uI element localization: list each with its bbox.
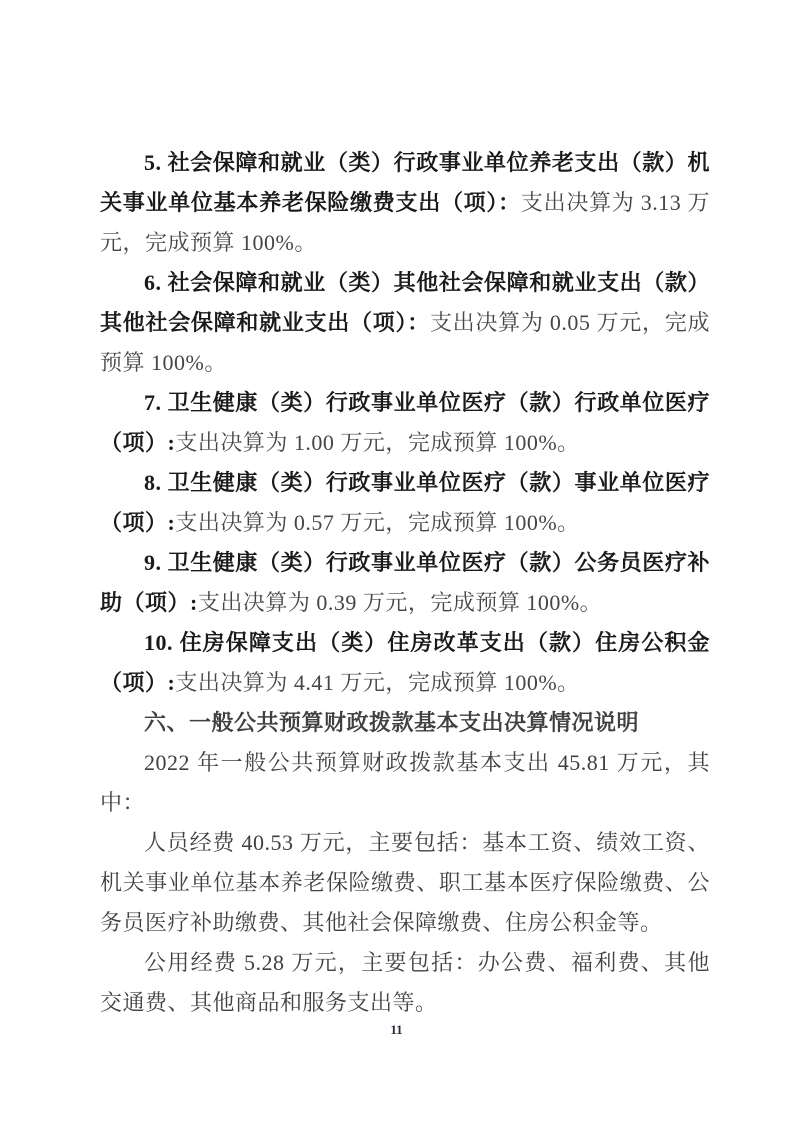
budget-item-7-value: 支出决算为 1.00 万元，完成预算 100%。 <box>175 430 579 455</box>
section-paragraph-public: 公用经费 5.28 万元，主要包括：办公费、福利费、其他交通费、其他商品和服务支… <box>100 943 710 1023</box>
budget-item-10-value: 支出决算为 4.41 万元，完成预算 100%。 <box>175 670 579 695</box>
budget-item-8-value: 支出决算为 0.57 万元，完成预算 100%。 <box>175 510 579 535</box>
budget-item-5: 5. 社会保障和就业（类）行政事业单位养老支出（款）机关事业单位基本养老保险缴费… <box>100 143 710 263</box>
budget-item-10: 10. 住房保障支出（类）住房改革支出（款）住房公积金（项）:支出决算为 4.4… <box>100 623 710 703</box>
document-page: 5. 社会保障和就业（类）行政事业单位养老支出（款）机关事业单位基本养老保险缴费… <box>0 0 793 1122</box>
section-heading: 六、一般公共预算财政拨款基本支出决算情况说明 <box>100 703 710 743</box>
budget-item-8: 8. 卫生健康（类）行政事业单位医疗（款）事业单位医疗（项）:支出决算为 0.5… <box>100 463 710 543</box>
section-paragraph-total: 2022 年一般公共预算财政拨款基本支出 45.81 万元，其中： <box>100 743 710 823</box>
section-paragraph-personnel: 人员经费 40.53 万元，主要包括：基本工资、绩效工资、机关事业单位基本养老保… <box>100 823 710 943</box>
budget-item-9: 9. 卫生健康（类）行政事业单位医疗（款）公务员医疗补助（项）:支出决算为 0.… <box>100 543 710 623</box>
page-number: 11 <box>0 1022 793 1038</box>
budget-item-6: 6. 社会保障和就业（类）其他社会保障和就业支出（款）其他社会保障和就业支出（项… <box>100 263 710 383</box>
document-body: 5. 社会保障和就业（类）行政事业单位养老支出（款）机关事业单位基本养老保险缴费… <box>100 143 710 1023</box>
budget-item-9-value: 支出决算为 0.39 万元，完成预算 100%。 <box>198 590 602 615</box>
budget-item-7: 7. 卫生健康（类）行政事业单位医疗（款）行政单位医疗（项）:支出决算为 1.0… <box>100 383 710 463</box>
